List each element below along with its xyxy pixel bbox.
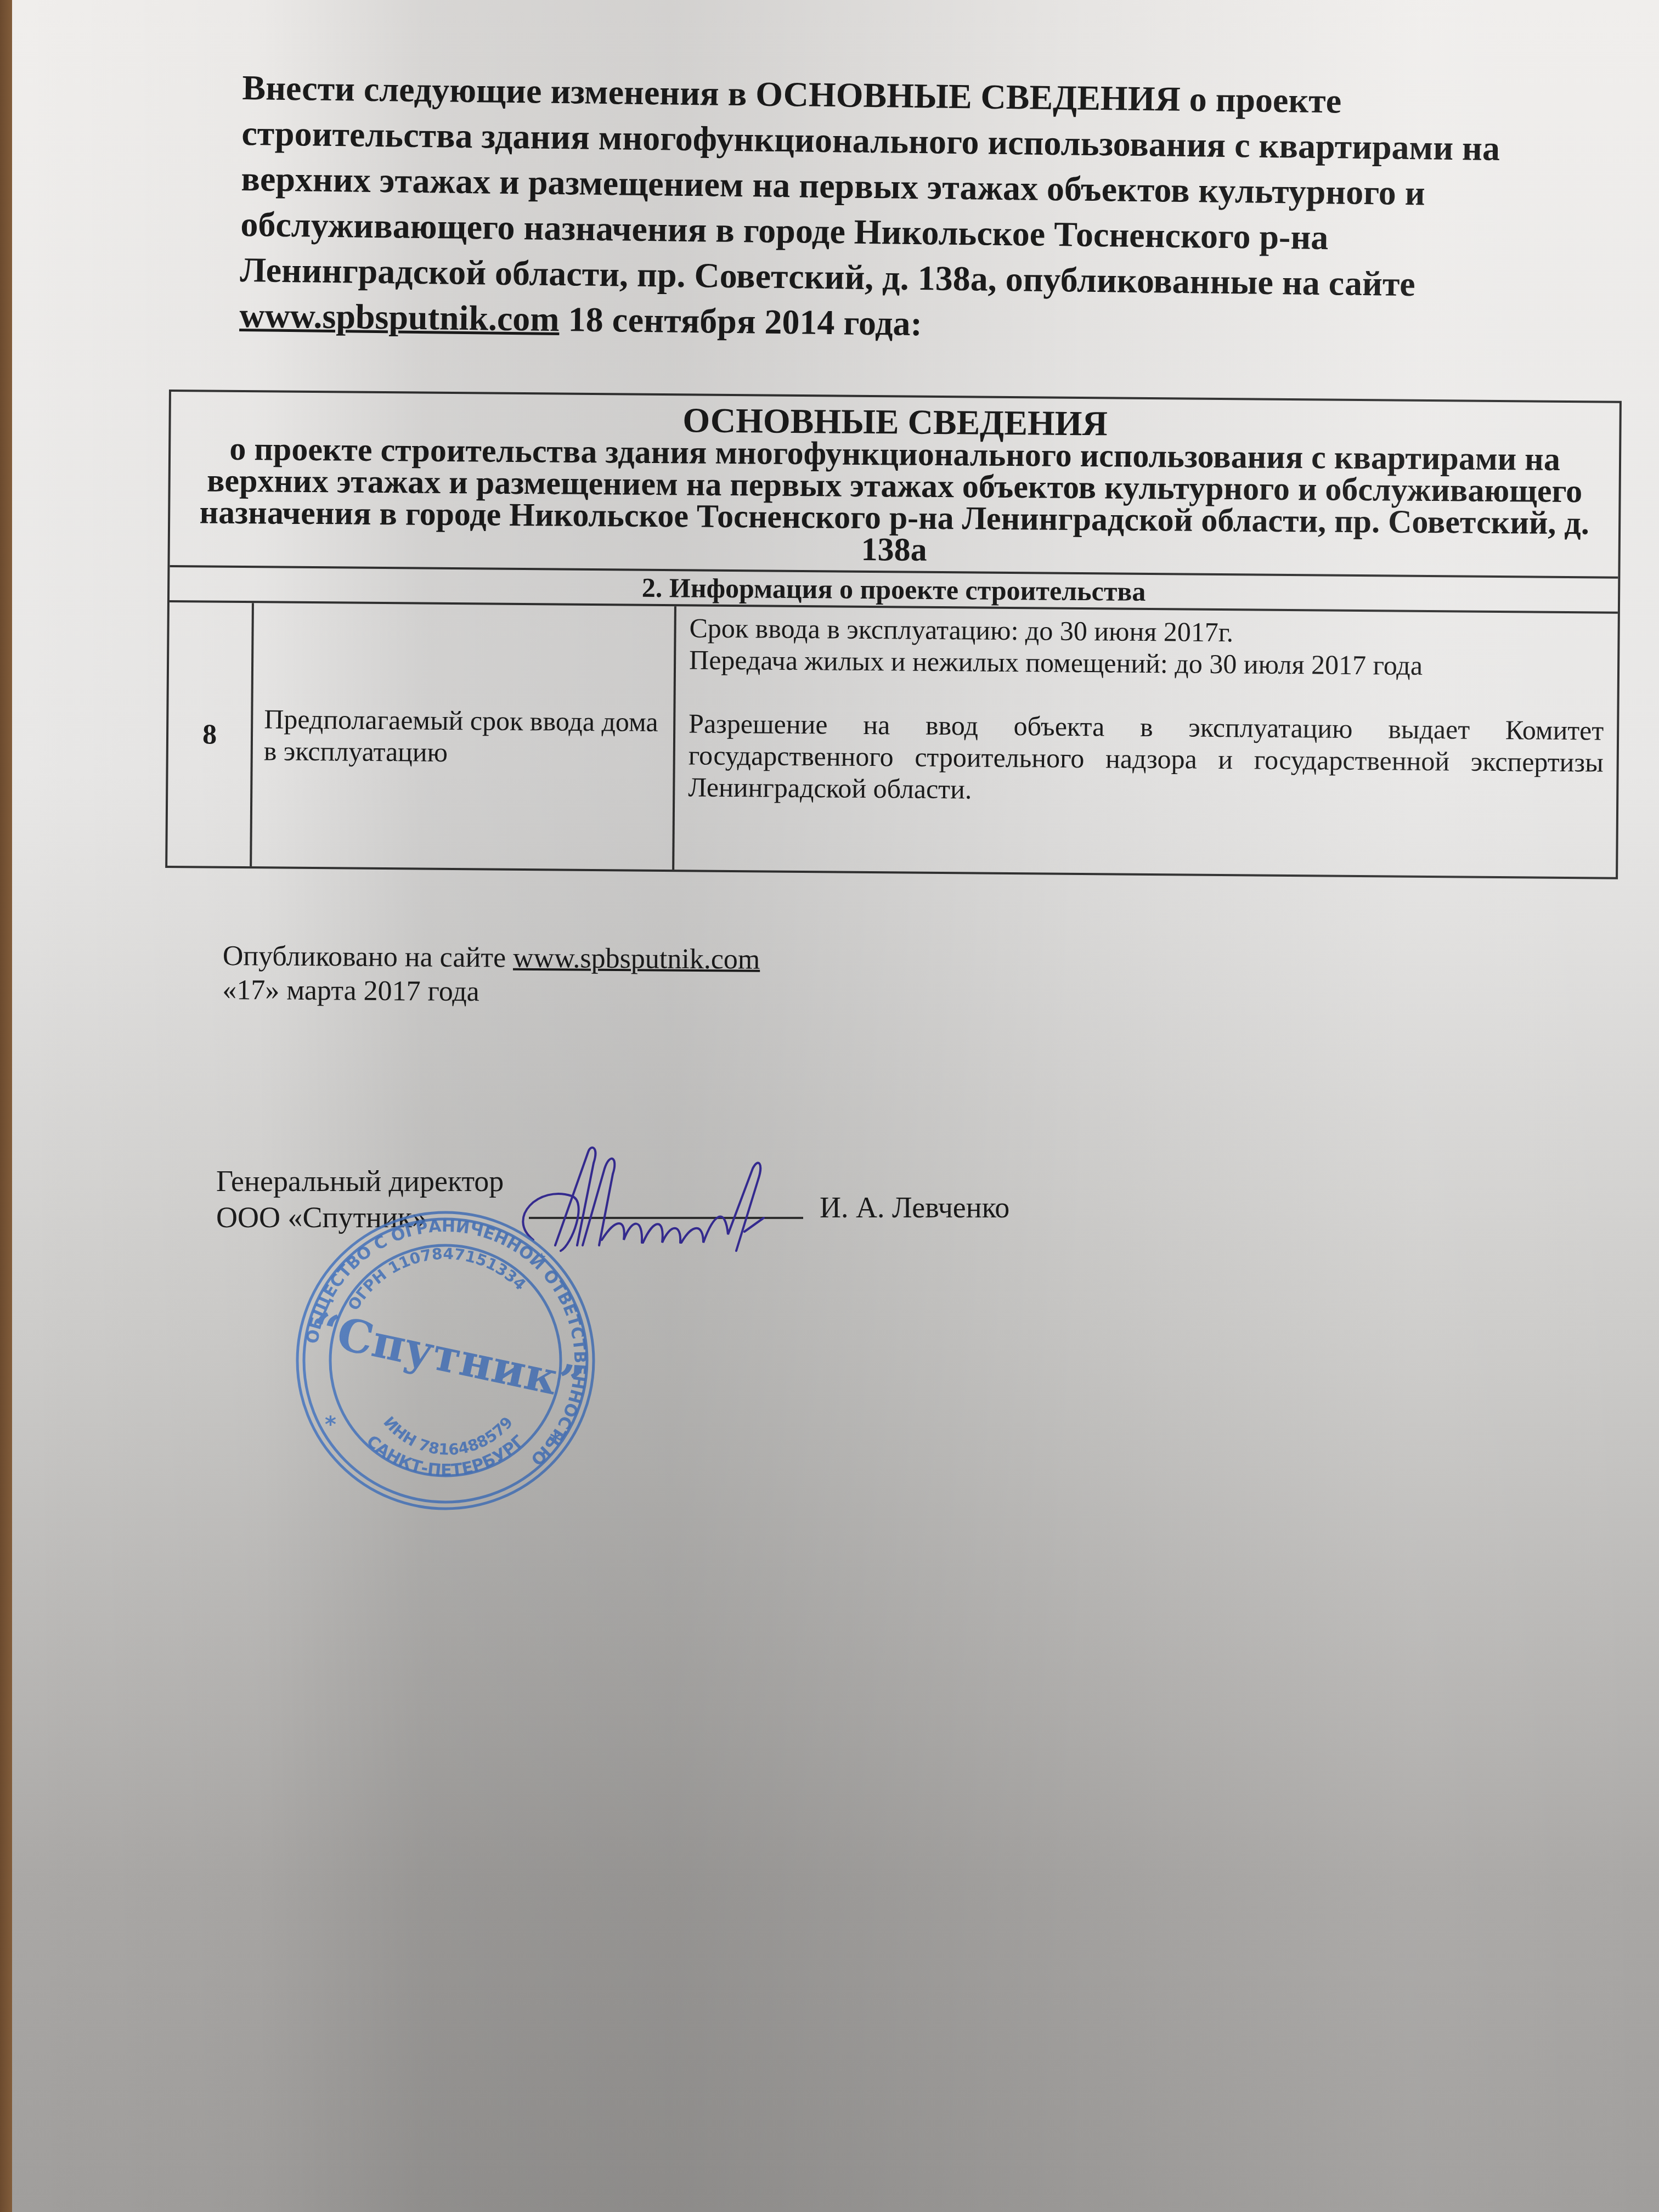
svg-text:*: * — [325, 1412, 336, 1437]
intro-website-link[interactable]: www.spbsputnik.com — [239, 296, 560, 338]
row-value: Срок ввода в эксплуатацию: до 30 июня 20… — [674, 606, 1618, 877]
publication-note: Опубликовано на сайте www.spbsputnik.com… — [222, 939, 760, 1011]
svg-text:*: * — [550, 1429, 561, 1454]
row-label: Предполагаемый срок ввода дома в эксплуа… — [252, 603, 676, 870]
table-header: ОСНОВНЫЕ СВЕДЕНИЯ о проекте строительств… — [170, 392, 1619, 579]
published-label: Опубликовано на сайте — [223, 940, 513, 974]
table-row: 8 Предполагаемый срок ввода дома в экспл… — [167, 602, 1618, 877]
published-website-link[interactable]: www.spbsputnik.com — [513, 943, 760, 975]
row-number: 8 — [167, 602, 254, 866]
intro-paragraph: Внести следующие изменения в ОСНОВНЫЕ СВ… — [239, 65, 1581, 354]
table-subtitle: о проекте строительства здания многофунк… — [181, 432, 1609, 571]
intro-text: Внести следующие изменения в ОСНОВНЫЕ СВ… — [240, 68, 1500, 303]
company-seal-icon: ОБЩЕСТВО С ОГРАНИЧЕННОЙ ОТВЕТСТВЕННОСТЬЮ… — [286, 1207, 605, 1514]
permit-authority-note: Разрешение на ввод объекта в эксплуатаци… — [688, 707, 1604, 810]
info-table: ОСНОВНЫЕ СВЕДЕНИЯ о проекте строительств… — [165, 390, 1622, 879]
published-date: «17» марта 2017 года — [222, 973, 760, 1011]
svg-text:“Спутник”: “Спутник” — [307, 1302, 588, 1410]
intro-text-end: 18 сентября 2014 года: — [559, 300, 922, 343]
signer-name: И. А. Левченко — [820, 1189, 1009, 1226]
document-page: Внести следующие изменения в ОСНОВНЫЕ СВ… — [12, 0, 1659, 2212]
